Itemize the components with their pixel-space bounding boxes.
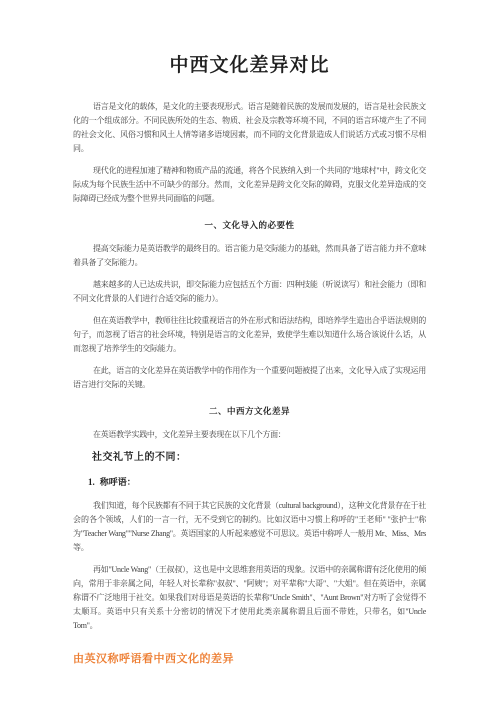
intro-paragraph-1: 语言是文化的载体，是文化的主要表现形式。语言是随着民族的发展而发展的，语言是社会… [73, 100, 426, 156]
section1-heading: 一、文化导入的必要性 [73, 218, 426, 232]
section1-paragraph-1: 提高交际能力是英语教学的最终目的。语言能力是交际能力的基础，然而具备了语言能力并… [73, 242, 426, 270]
social-etiquette-subheading: 社交礼节上的不同： [73, 450, 426, 465]
document-page: 中西文化差异对比 语言是文化的载体，是文化的主要表现形式。语言是随着民族的发展而… [0, 0, 500, 708]
item-number: 1. [88, 477, 95, 487]
section1-paragraph-2: 越来越多的人已达成共识，即交际能力应包括五个方面：四种技能（听说读写）和社会能力… [73, 278, 426, 306]
numbered-item-appellation: 1.称呼语： [73, 475, 426, 489]
item-label: 称呼语： [100, 477, 136, 487]
intro-paragraph-2: 现代化的进程加速了精神和物质产品的流通，将各个民族纳入到一个共同的"地球村"中，… [73, 164, 426, 206]
section2-paragraph-2: 再如"Uncle Wang"（王叔叔），这也是中文思维套用英语的现象。汉语中的亲… [73, 563, 426, 633]
section2-paragraph-1: 我们知道，每个民族都有不同于其它民族的文化背景（cultural backgro… [73, 499, 426, 555]
section2-lead-paragraph: 在英语教学实践中，文化差异主要表现在以下几个方面： [73, 428, 426, 442]
section1-paragraph-3: 但在英语教学中，教师往往比较重视语言的外在形式和语法结构，即培养学生造出合乎语法… [73, 314, 426, 356]
document-title: 中西文化差异对比 [73, 52, 426, 80]
section1-paragraph-4: 在此，语言的文化差异在英语教学中的作用作为一个重要问题被提了出来，文化导入成了实… [73, 364, 426, 392]
section2-heading: 二、中西方文化差异 [73, 404, 426, 418]
related-article-link[interactable]: 由英汉称呼语看中西文化的差异 [73, 651, 234, 667]
